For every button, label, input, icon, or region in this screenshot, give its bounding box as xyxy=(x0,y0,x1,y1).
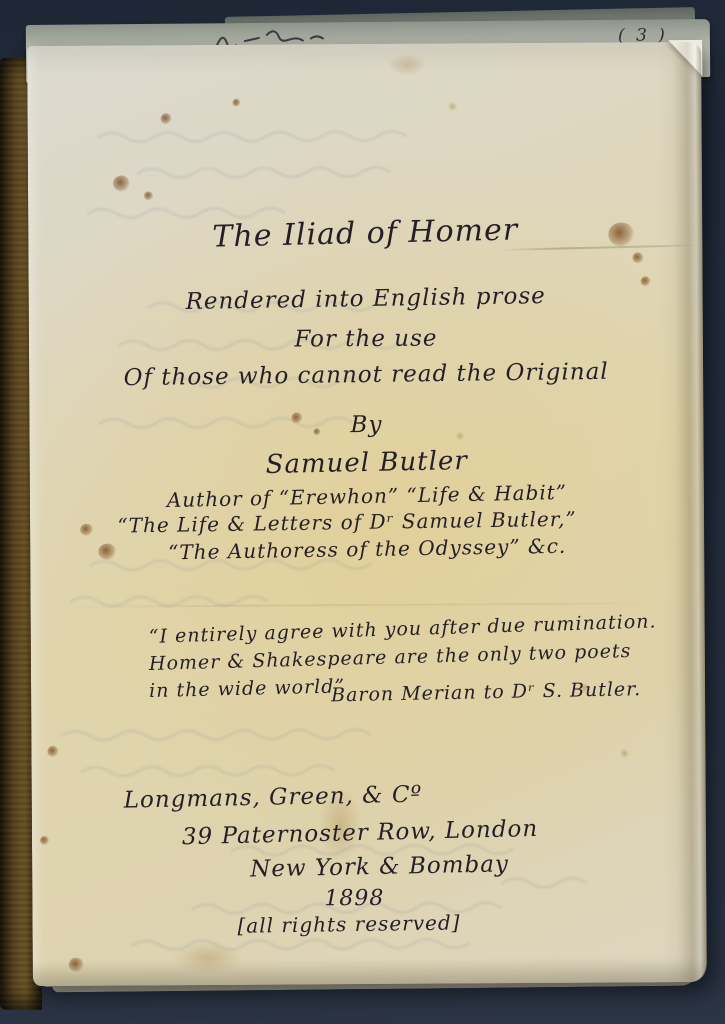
manuscript-title-page: The Iliad of Homer Rendered into English… xyxy=(27,42,707,986)
handwritten-year: 1898 xyxy=(324,886,384,911)
photograph-of-manuscript: ( 3 ) xyxy=(0,0,725,1024)
foxing-spot xyxy=(232,99,240,107)
handwritten-by-label: By xyxy=(86,410,646,439)
foxing-spot xyxy=(40,836,49,845)
page-edge-shading xyxy=(33,958,707,986)
foxing-spot xyxy=(632,252,643,263)
page-edge-shading xyxy=(673,42,707,982)
foxing-spot xyxy=(447,101,457,111)
foxing-spot xyxy=(619,748,629,758)
foxing-spot xyxy=(144,191,153,200)
foxing-spot xyxy=(47,746,58,757)
handwritten-publisher-cities: New York & Bombay xyxy=(250,851,509,882)
stain-smudge xyxy=(387,54,427,76)
handwritten-rights-notice: [all rights reserved] xyxy=(237,910,460,937)
foxing-spot xyxy=(113,175,130,191)
foxing-spot xyxy=(161,113,172,124)
handwritten-subtitle-line-2: For the use xyxy=(86,324,646,353)
